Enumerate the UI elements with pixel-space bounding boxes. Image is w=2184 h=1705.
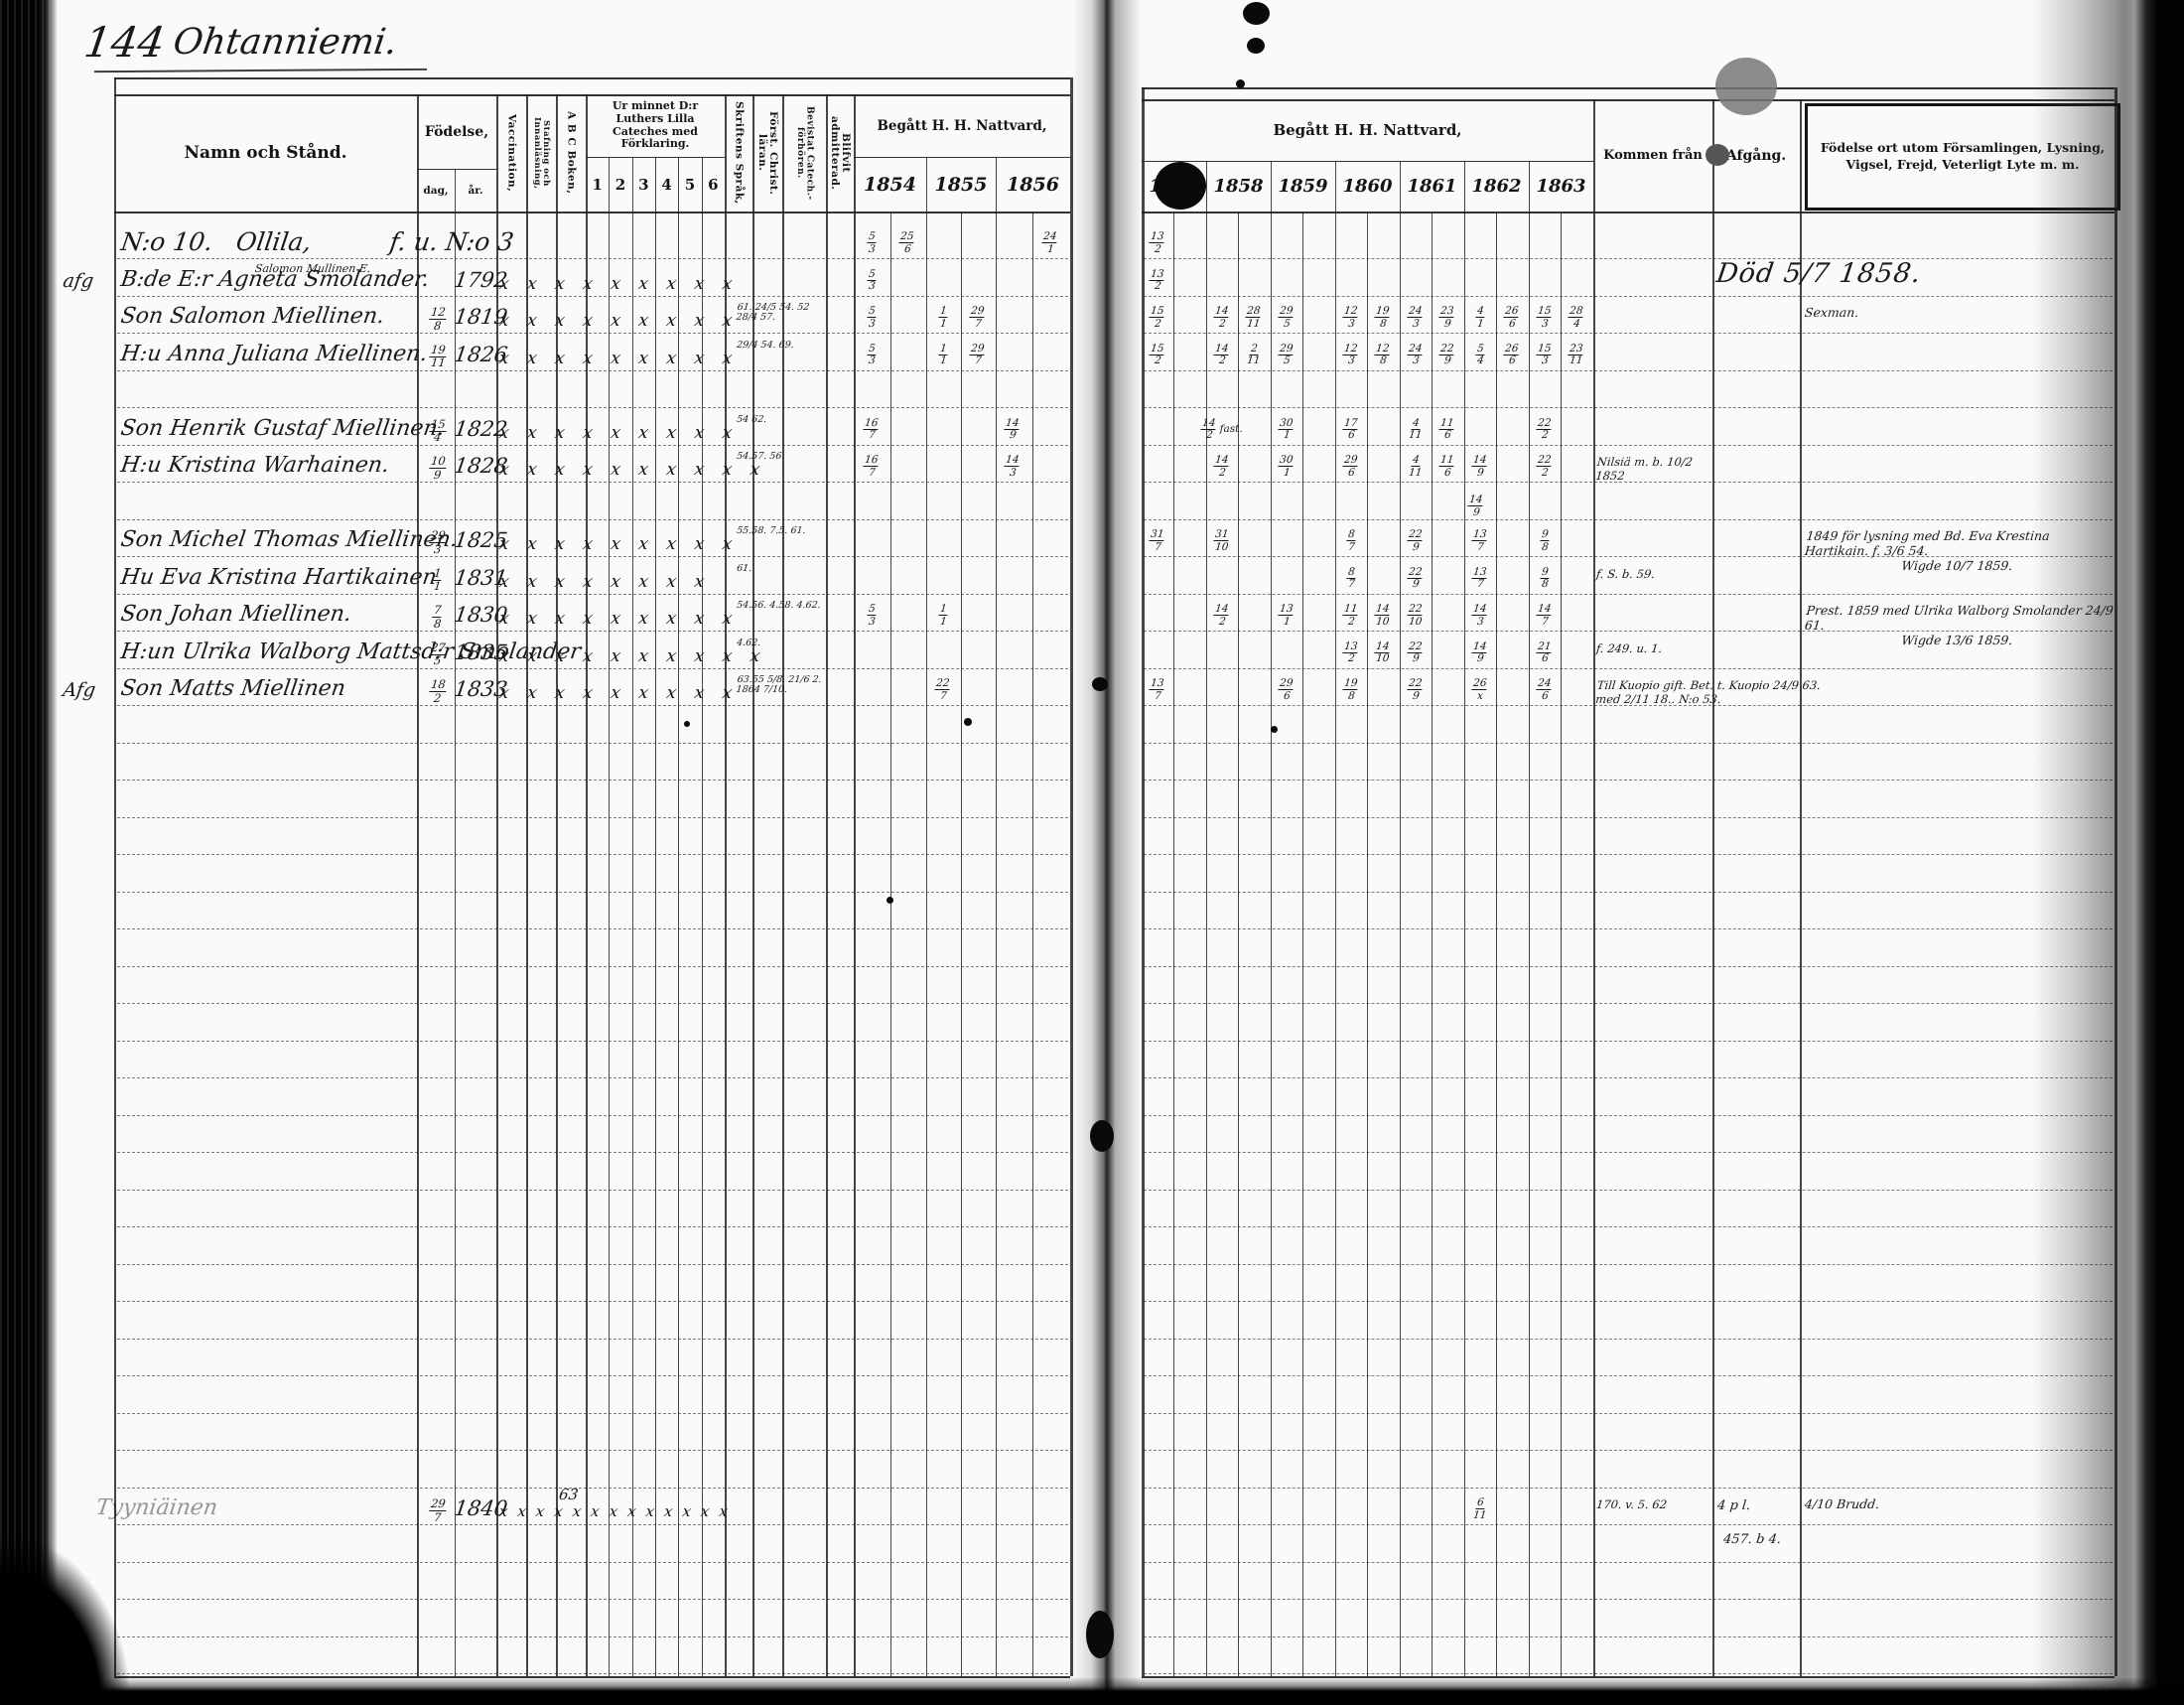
scan-edge-right	[2122, 0, 2184, 1705]
communion-date: 297	[956, 306, 1000, 330]
reading-marks: xxxxxxxxx	[497, 683, 751, 703]
exam-note: 63.55 5/8. 21/6 2. 1864 7/10.	[736, 675, 829, 696]
communion-date: 222	[1523, 455, 1567, 479]
communion-date: 229	[1394, 641, 1437, 665]
person-name: Son Matts Miellinen	[119, 676, 347, 701]
communion-date: 149	[1458, 641, 1502, 665]
exam-note: 61. 24/5 54. 52 28/4 57.	[736, 303, 829, 324]
communion-date: 222	[1523, 418, 1567, 442]
communion-date: 256	[886, 231, 929, 255]
birth-day: 293	[421, 530, 455, 556]
reading-marks: xxxxxxxx	[497, 572, 724, 592]
communion-date: 176	[1329, 418, 1373, 442]
person-name: Son Michel Thomas Miellinen.	[119, 527, 459, 552]
margin-note: afg	[62, 270, 95, 292]
exam-note: 54.57. 56.	[736, 452, 828, 462]
communion-date: 149	[1458, 455, 1502, 479]
scan-edge-left	[0, 0, 58, 1705]
communion-date: 198	[1329, 678, 1373, 702]
extra-note: 63	[558, 1486, 580, 1503]
person-name: H:u Kristina Warhainen.	[119, 453, 391, 478]
communion-date: 167	[850, 455, 893, 479]
margin-note: Afg	[62, 679, 97, 701]
reading-marks: xxxxxxxxx	[497, 349, 751, 368]
extra-note: 149	[1459, 495, 1493, 518]
communion-date: 142	[1200, 604, 1244, 628]
communion-date: 301	[1265, 418, 1308, 442]
ink-dot	[684, 721, 690, 727]
communion-date: 284	[1555, 306, 1598, 330]
kommen-note: f. 249. u. 1.	[1595, 642, 1713, 656]
communion-date: 137	[1458, 567, 1502, 591]
reading-marks: xxxxxxxxxx	[497, 646, 779, 666]
communion-date: 98	[1523, 529, 1567, 553]
reading-marks: xxxxxxxxxxxxx	[497, 1502, 739, 1520]
ink-blot	[1092, 677, 1108, 691]
afgang-note: 4 p l.	[1716, 1498, 1808, 1514]
communion-date: 216	[1523, 641, 1567, 665]
birth-day: 78	[421, 605, 455, 631]
communion-date: 2311	[1555, 344, 1598, 367]
ink-smudge	[1715, 58, 1777, 115]
reading-marks: xxxxxxxxx	[497, 534, 751, 554]
communion-date: 152	[1136, 306, 1179, 330]
page-fold-shadow	[1072, 0, 1142, 1705]
communion-date: 3110	[1200, 529, 1244, 553]
communion-date: 98	[1523, 567, 1567, 591]
exam-note: 55.58. 7.5. 61.	[736, 526, 828, 536]
ink-blot	[1155, 162, 1206, 210]
scan-shadow-band	[2031, 0, 2134, 1705]
person-name: Son Henrik Gustaf Miellinen.	[119, 416, 446, 441]
communion-date: 142	[1200, 455, 1244, 479]
kommen-note: 170. v. 5. 62	[1595, 1498, 1713, 1512]
afgang-note: 457. b 4.	[1722, 1532, 1834, 1548]
communion-date: 87	[1329, 529, 1373, 553]
communion-date: 296	[1329, 455, 1373, 479]
kommen-note: f. S. b. 59.	[1595, 568, 1713, 582]
communion-date: 229	[1394, 678, 1437, 702]
communion-date: 295	[1265, 306, 1308, 330]
ink-blot	[1086, 1611, 1114, 1658]
extra-note: Salomon Mullinen E.	[254, 262, 371, 275]
communion-date: 137	[1458, 529, 1502, 553]
communion-date: 26x	[1458, 678, 1502, 702]
communion-date: 317	[1136, 529, 1179, 553]
birth-day: 109	[421, 456, 455, 482]
birth-day: 1911	[421, 345, 455, 370]
communion-date: 301	[1265, 455, 1308, 479]
communion-date: 53	[850, 269, 893, 293]
exam-note: 29/4 54. 69.	[736, 341, 828, 351]
scan-corner-dark	[0, 1536, 129, 1705]
communion-date: 167	[850, 418, 893, 442]
communion-date: 295	[1265, 344, 1308, 367]
scanned-church-record-page: 144 Ohtanniemi. Namn och Stånd. Födelse,…	[0, 0, 2184, 1705]
person-name: Son Johan Miellinen.	[119, 602, 353, 627]
reading-marks: xxxxxxxxx	[497, 311, 751, 331]
communion-date: 131	[1265, 604, 1308, 628]
communion-date: 297	[956, 344, 1000, 367]
communion-date: 143	[1458, 604, 1502, 628]
communion-date: 87	[1329, 567, 1373, 591]
ink-blot	[1243, 2, 1270, 25]
ink-dot	[964, 718, 972, 726]
birth-day: 11	[421, 568, 455, 594]
communion-date: 53	[850, 604, 893, 628]
communion-date: 142fast.	[1200, 418, 1244, 442]
birth-day: 154	[421, 419, 455, 445]
communion-date: 229	[1394, 567, 1437, 591]
person-name: N:o 10. Ollila, f. u. N:o 3	[119, 227, 515, 256]
communion-date: 152	[1136, 344, 1179, 367]
death-note: Död 5/7 1858.	[1714, 258, 1923, 289]
kommen-note: Till Kuopio gift. Bet. t. Kuopio 24/9 63…	[1595, 679, 1896, 707]
reading-marks: xxxxxxxxx	[497, 609, 751, 629]
communion-date: 143	[991, 455, 1034, 479]
communion-date: 132	[1136, 269, 1179, 293]
kommen-note: Nilsiä m. b. 10/2 1852	[1595, 456, 1715, 484]
ink-smudge	[1706, 144, 1729, 166]
birth-day: 182	[421, 679, 455, 705]
ink-blot	[1236, 79, 1245, 88]
communion-date: 246	[1523, 678, 1567, 702]
scan-edge-bottom	[0, 1677, 2184, 1705]
person-name: Hu Eva Kristina Hartikainen	[119, 565, 438, 590]
communion-date: 147	[1523, 604, 1567, 628]
person-name: H:u Anna Juliana Miellinen.	[119, 342, 429, 366]
communion-date: 116	[1426, 418, 1469, 442]
communion-date: 53	[850, 344, 893, 367]
communion-date: 2210	[1394, 604, 1437, 628]
ink-dot	[887, 897, 893, 904]
reading-marks: xxxxxxxxx	[497, 423, 751, 443]
person-name: Tyyniäinen	[94, 1495, 219, 1520]
communion-date: 241	[1028, 231, 1072, 255]
reading-marks: xxxxxxxxxx	[497, 460, 779, 480]
communion-date: 53	[850, 306, 893, 330]
communion-date: 296	[1265, 678, 1308, 702]
exam-note: 54.56. 4.58. 4.62.	[736, 601, 828, 611]
ink-blot	[1247, 38, 1265, 54]
communion-date: 149	[991, 418, 1034, 442]
exam-note: 54 62.	[736, 415, 828, 425]
communion-date: 137	[1136, 678, 1179, 702]
communion-date: 611	[1458, 1497, 1502, 1521]
exam-note: 4.62.	[736, 639, 828, 648]
communion-date: 11	[921, 604, 965, 628]
person-name: Son Salomon Miellinen.	[119, 304, 386, 329]
reading-marks: xxxxxxxxx	[497, 274, 751, 294]
ink-blot	[1090, 1120, 1114, 1152]
communion-date: 229	[1394, 529, 1437, 553]
birth-day: 128	[421, 307, 455, 333]
communion-date: 132	[1136, 231, 1179, 255]
communion-date: 227	[921, 678, 965, 702]
ink-dot	[1271, 726, 1278, 733]
birth-day: 297	[421, 1498, 455, 1524]
birth-day: 275	[421, 642, 455, 668]
exam-note: 61.	[736, 564, 828, 574]
